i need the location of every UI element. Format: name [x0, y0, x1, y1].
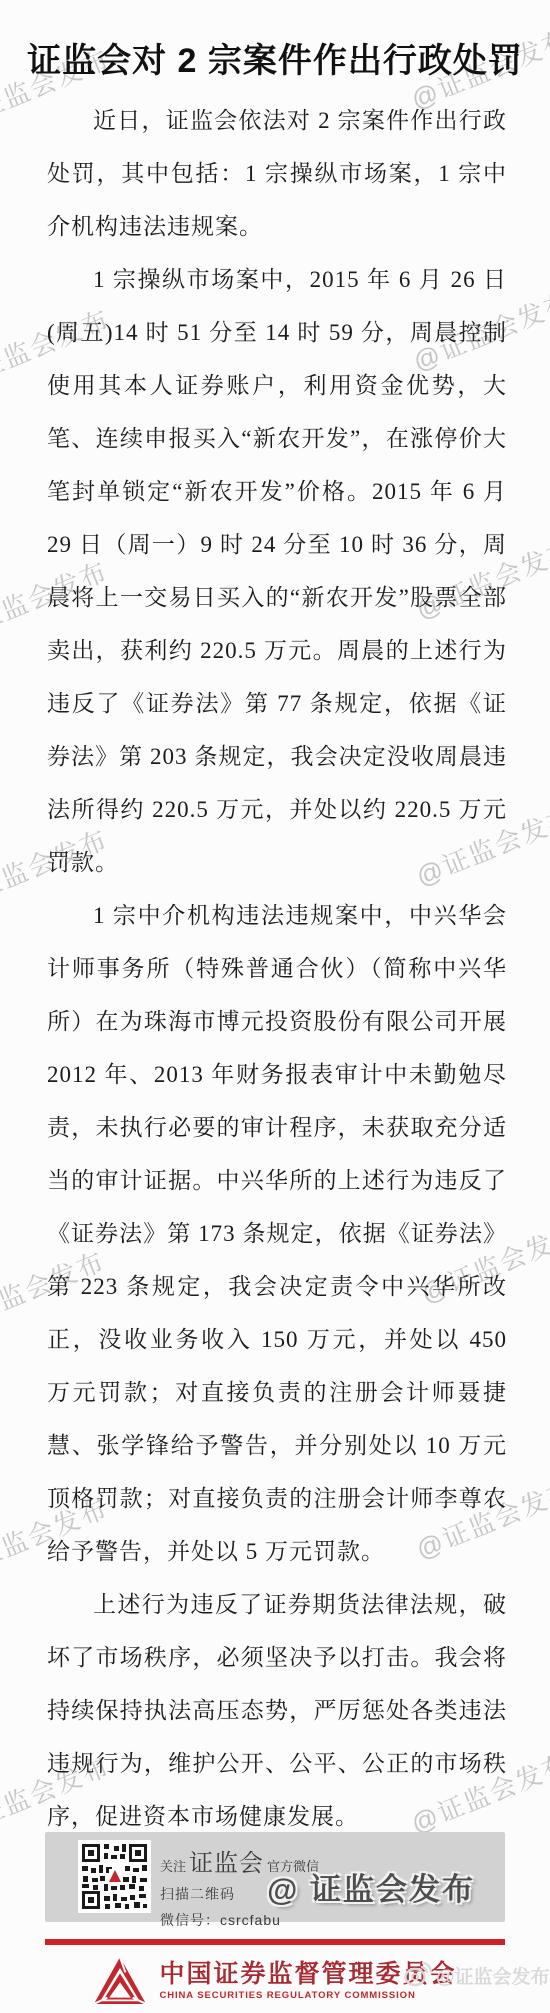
csrc-logo-icon: [93, 1956, 147, 2006]
follow-prefix: 关注: [160, 1856, 186, 1875]
article-body: 近日，证监会依法对 2 宗案件作出行政处罚，其中包括：1 宗操纵市场案，1 宗中…: [47, 94, 507, 1843]
article-paragraph: 近日，证监会依法对 2 宗案件作出行政处罚，其中包括：1 宗操纵市场案，1 宗中…: [47, 94, 507, 253]
article-paragraph: 上述行为违反了证券期货法律法规，破坏了市场秩序，必须坚决予以打击。我会将持续保持…: [47, 1578, 507, 1843]
article-paragraph: 1 宗中介机构违法违规案中，中兴华会计师事务所（特殊普通合伙）（简称中兴华所）在…: [47, 889, 507, 1578]
red-divider: [45, 1939, 505, 1945]
article-paragraph: 1 宗操纵市场案中，2015 年 6 月 26 日(周五)14 时 51 分至 …: [47, 253, 507, 889]
weibo-watermark-text: @证监会发布: [436, 1962, 550, 1989]
brand-name: 证监会: [189, 1843, 264, 1878]
article-image: @证监会发布 @证监会发布 @证监会发布 @证监会发布 @证监会发布 @证监会发…: [0, 0, 550, 2013]
csrc-name-en: CHINA SECURITIES REGULATORY COMMISSION: [159, 1991, 456, 2001]
weibo-handle-badge: @ 证监会发布: [267, 1864, 475, 1909]
weibo-watermark: @证监会发布: [402, 1960, 550, 1990]
qr-code-icon: [78, 1840, 151, 1913]
wechat-account: 微信号：csrcfabu: [160, 1910, 319, 1930]
weibo-icon: [402, 1960, 432, 1990]
wechat-banner: 关注 证监会 官方微信 扫描二维码 微信号：csrcfabu @ 证监会发布: [45, 1832, 505, 1922]
page-title: 证监会对 2 宗案件作出行政处罚: [0, 33, 550, 82]
